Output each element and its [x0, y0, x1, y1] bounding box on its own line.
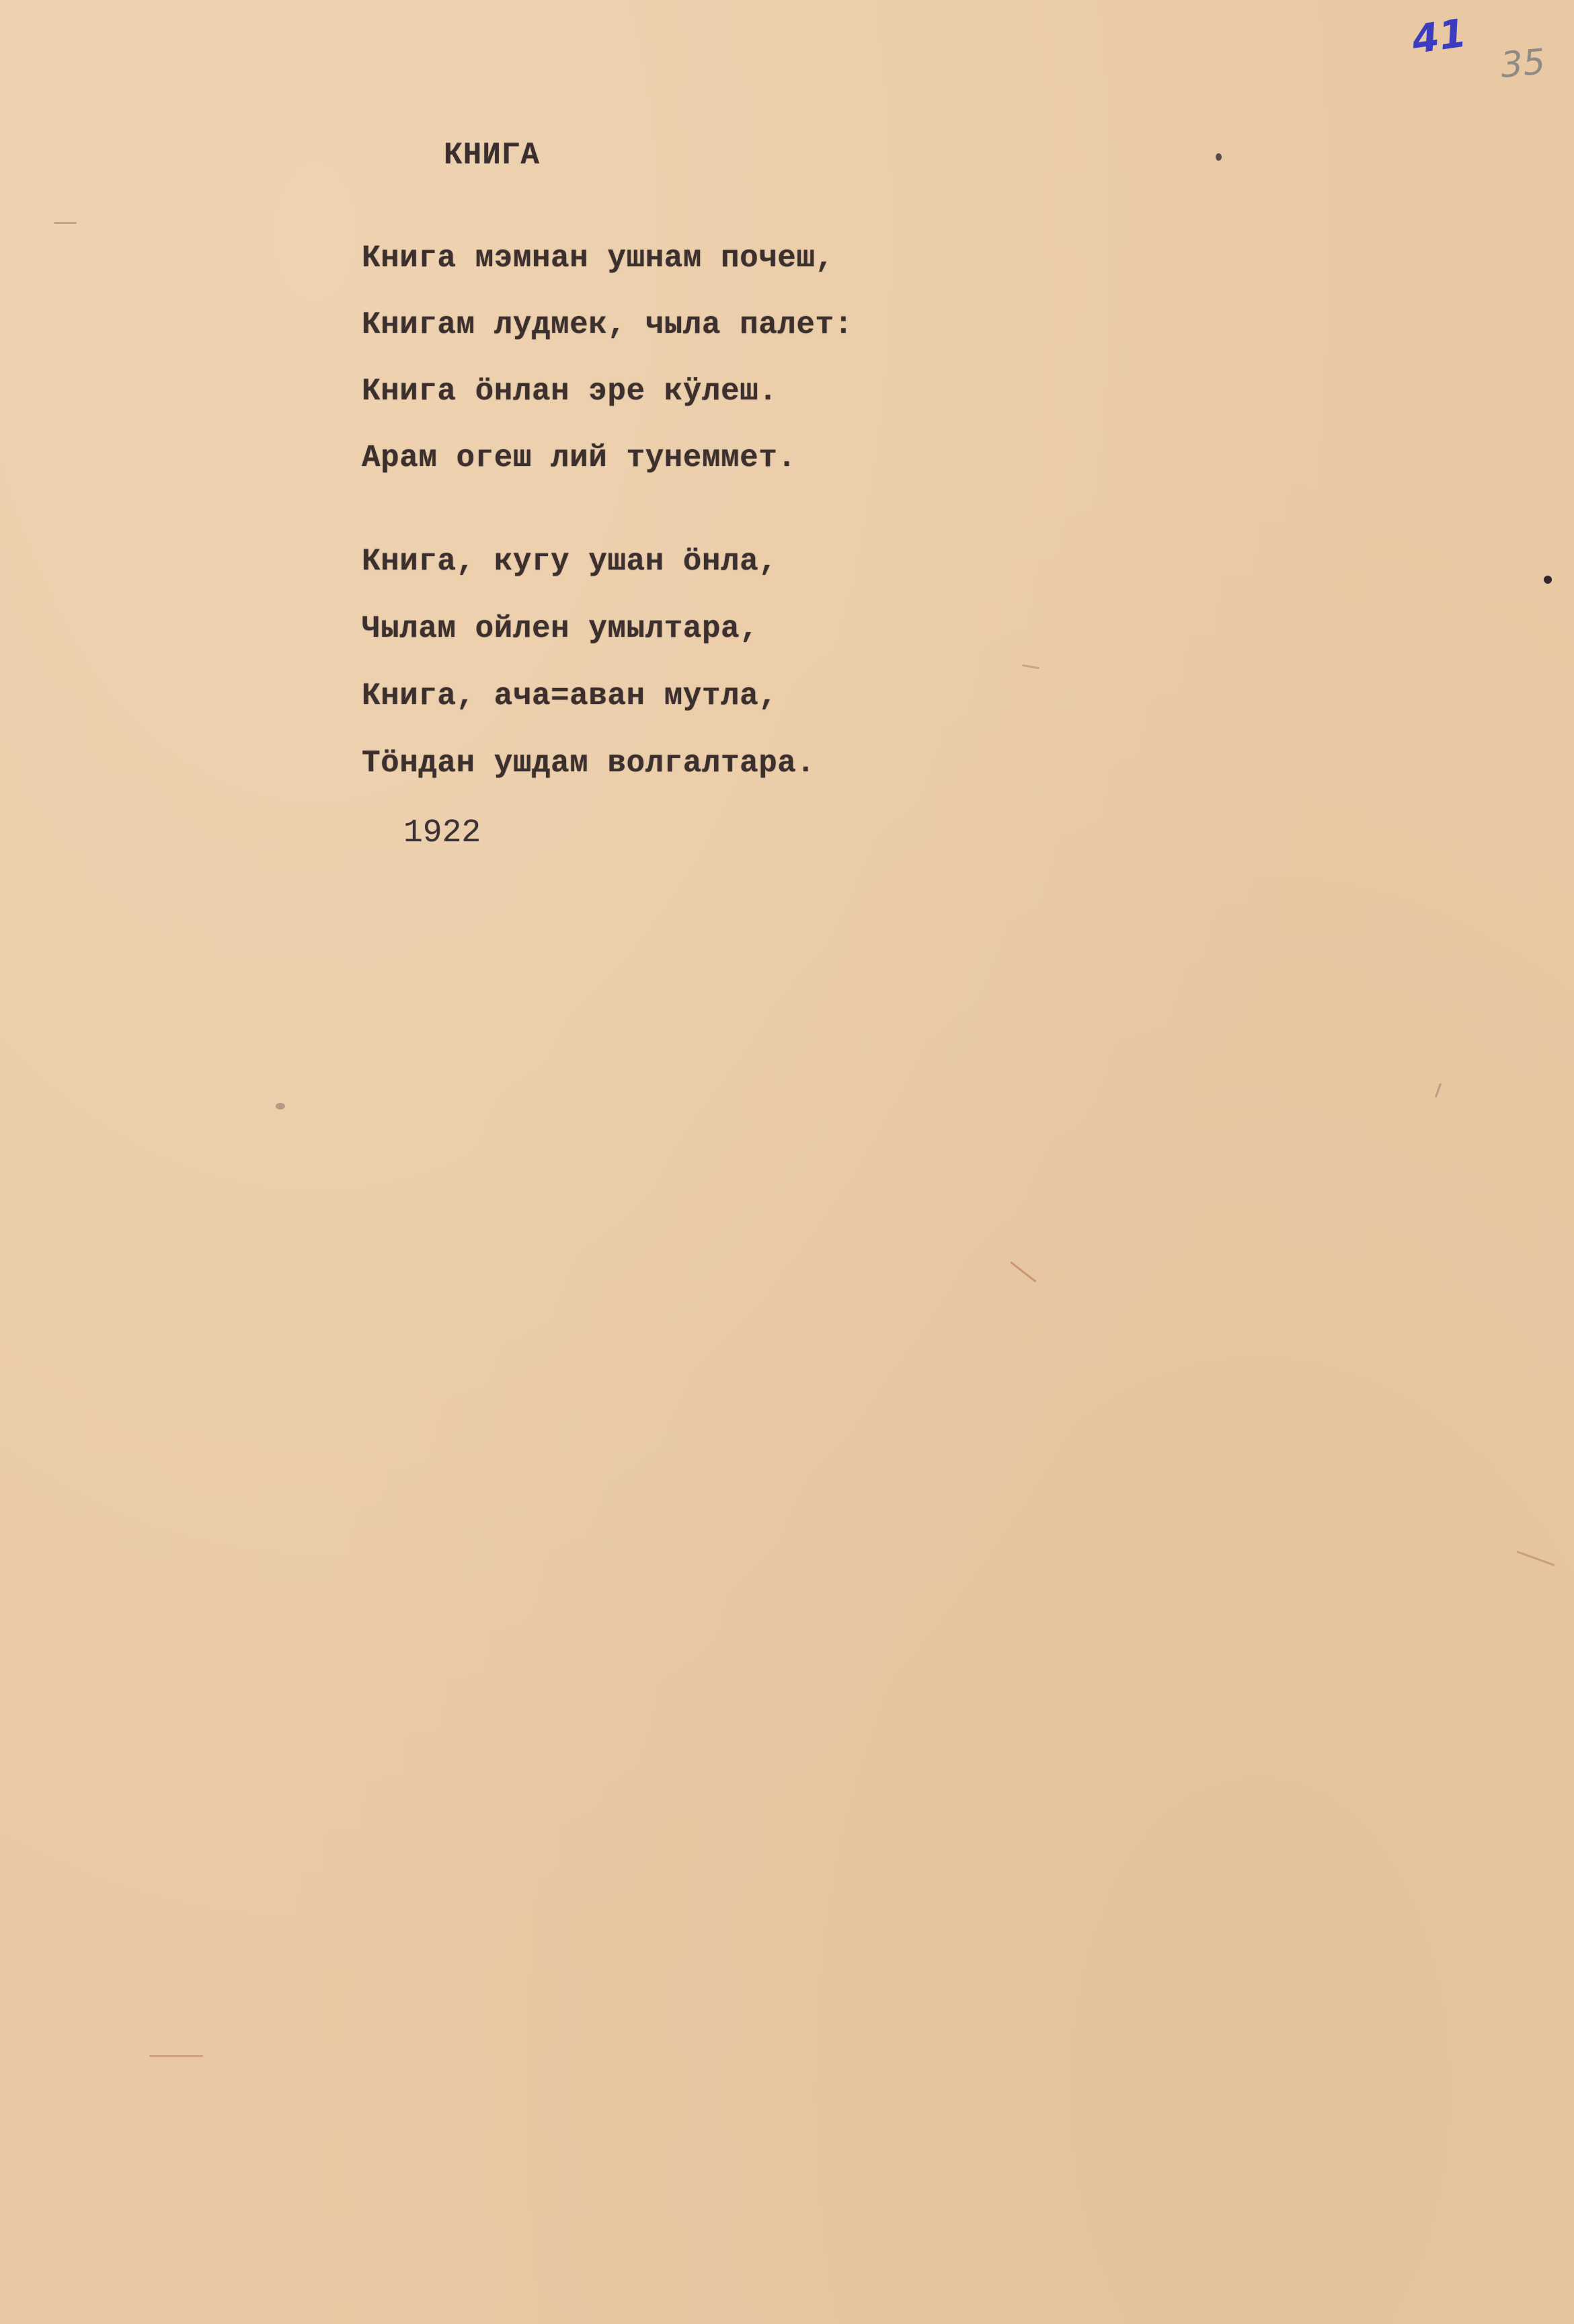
- folio-number-ink: 41: [1409, 10, 1469, 63]
- typewritten-page: 41 35 КНИГА Книга мэмнан ушнам почеш, Кн…: [0, 0, 1574, 2324]
- paper-speck: [1544, 576, 1552, 584]
- paper-speck: [276, 1103, 285, 1110]
- stanza-2: Книга, кугу ушан ӧнла, Чылам ойлен умылт…: [362, 528, 816, 797]
- folio-number-pencil: 35: [1499, 42, 1547, 86]
- verse-line: Книгам лудмек, чыла палет:: [362, 292, 853, 358]
- verse-line: Книга мэмнан ушнам почеш,: [362, 225, 853, 292]
- paper-fiber: [1022, 664, 1039, 669]
- paper-speck: [1216, 153, 1222, 161]
- verse-line: Тӧндан ушдам волгалтара.: [362, 730, 816, 797]
- paper-fiber: [1516, 1551, 1555, 1566]
- verse-line: Арам огеш лий тунеммет.: [362, 425, 853, 492]
- verse-line: Книга, кугу ушан ӧнла,: [362, 528, 816, 595]
- verse-line: Чылам ойлен умылтара,: [362, 595, 816, 662]
- paper-fiber: [149, 2055, 203, 2057]
- poem-title: КНИГА: [444, 138, 540, 173]
- verse-line: Книга, ача=аван мутла,: [362, 662, 816, 730]
- paper-fiber: [1435, 1083, 1442, 1098]
- stanza-1: Книга мэмнан ушнам почеш, Книгам лудмек,…: [362, 225, 853, 492]
- paper-fiber: [1010, 1262, 1037, 1283]
- paper-fiber: [54, 222, 77, 224]
- poem-year: 1922: [403, 815, 481, 851]
- verse-line: Книга ӧнлан эре кӱлеш.: [362, 358, 853, 425]
